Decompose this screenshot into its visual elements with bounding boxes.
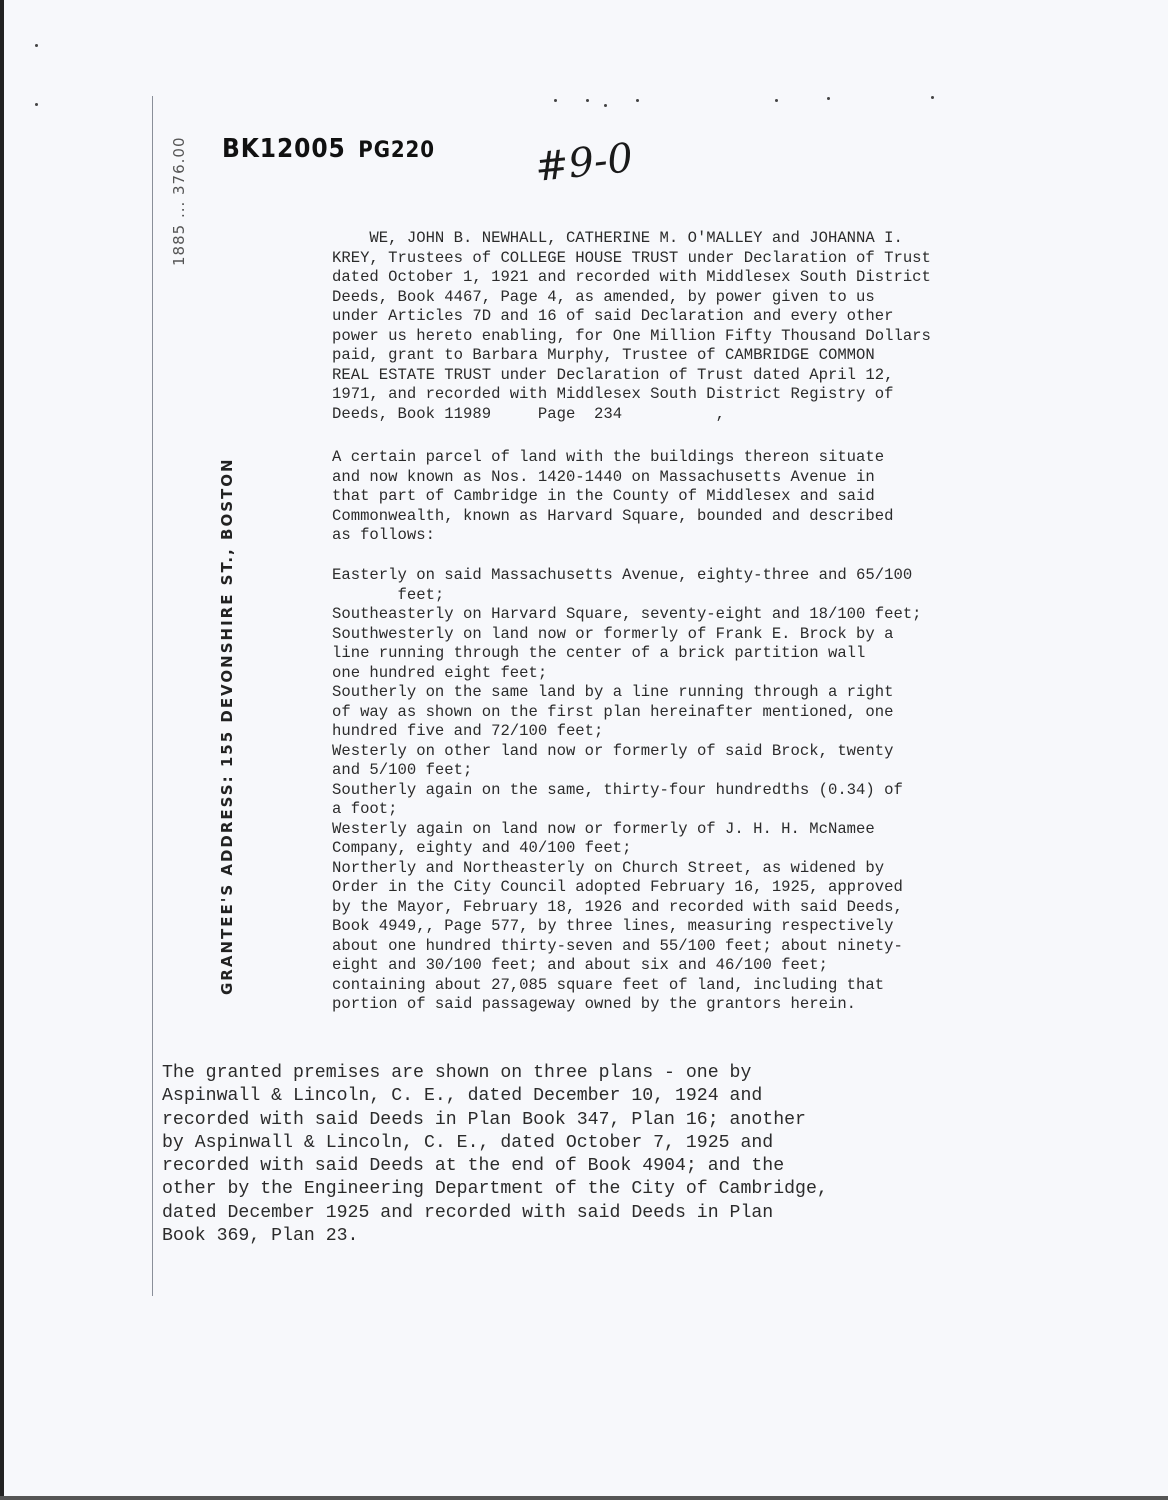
recording-fee-stamp: 1885 ... 376.00: [170, 96, 192, 266]
plans-paragraph: The granted premises are shown on three …: [162, 1062, 828, 1248]
text-line: KREY, Trustees of COLLEGE HOUSE TRUST un…: [332, 249, 931, 269]
scan-speck: [775, 99, 778, 102]
handwritten-note: #9-0: [533, 135, 635, 191]
text-line: portion of said passageway owned by the …: [332, 995, 922, 1015]
text-line: other by the Engineering Department of t…: [162, 1178, 828, 1201]
text-line: Book 4949,, Page 577, by three lines, me…: [332, 917, 922, 937]
text-line: Southeasterly on Harvard Square, seventy…: [332, 605, 922, 625]
scan-speck: [604, 104, 607, 107]
text-line: dated December 1925 and recorded with sa…: [162, 1202, 828, 1225]
text-line: of way as shown on the first plan herein…: [332, 703, 922, 723]
text-line: Southwesterly on land now or formerly of…: [332, 625, 922, 645]
text-line: 1971, and recorded with Middlesex South …: [332, 385, 931, 405]
text-line: The granted premises are shown on three …: [162, 1062, 828, 1085]
text-line: under Articles 7D and 16 of said Declara…: [332, 307, 931, 327]
text-line: Southerly again on the same, thirty-four…: [332, 781, 922, 801]
text-line: WE, JOHN B. NEWHALL, CATHERINE M. O'MALL…: [332, 229, 931, 249]
text-line: dated October 1, 1921 and recorded with …: [332, 268, 931, 288]
scan-speck: [931, 96, 934, 99]
scan-bottom-edge: [0, 1496, 1168, 1500]
text-line: Company, eighty and 40/100 feet;: [332, 839, 922, 859]
text-line: Deeds, Book 11989 Page 234 ,: [332, 405, 931, 425]
text-line: power us hereto enabling, for One Millio…: [332, 327, 931, 347]
book-page-reference: BK12005PG220: [222, 134, 435, 164]
scan-left-edge: [0, 0, 4, 1500]
text-line: containing about 27,085 square feet of l…: [332, 976, 922, 996]
grantee-address-stamp: GRANTEE'S ADDRESS: 155 DEVONSHIRE ST., B…: [218, 457, 236, 995]
text-line: hundred five and 72/100 feet;: [332, 722, 922, 742]
text-line: Order in the City Council adopted Februa…: [332, 878, 922, 898]
text-line: a foot;: [332, 800, 922, 820]
text-line: by the Mayor, February 18, 1926 and reco…: [332, 898, 922, 918]
text-line: Book 369, Plan 23.: [162, 1225, 828, 1248]
text-line: about one hundred thirty-seven and 55/10…: [332, 937, 922, 957]
text-line: one hundred eight feet;: [332, 664, 922, 684]
text-line: feet;: [332, 586, 922, 606]
text-line: and now known as Nos. 1420-1440 on Massa…: [332, 468, 893, 488]
text-line: paid, grant to Barbara Murphy, Trustee o…: [332, 346, 931, 366]
scan-speck: [35, 44, 38, 47]
text-line: recorded with said Deeds in Plan Book 34…: [162, 1109, 828, 1132]
text-line: eight and 30/100 feet; and about six and…: [332, 956, 922, 976]
page-label: PG: [358, 138, 391, 163]
book-label: BK: [222, 134, 260, 164]
text-line: recorded with said Deeds at the end of B…: [162, 1155, 828, 1178]
text-line: REAL ESTATE TRUST under Declaration of T…: [332, 366, 931, 386]
text-line: Southerly on the same land by a line run…: [332, 683, 922, 703]
scan-speck: [35, 103, 38, 106]
text-line: Commonwealth, known as Harvard Square, b…: [332, 507, 893, 527]
text-line: Aspinwall & Lincoln, C. E., dated Decemb…: [162, 1085, 828, 1108]
scan-speck: [636, 99, 639, 102]
grant-clause-paragraph: WE, JOHN B. NEWHALL, CATHERINE M. O'MALL…: [332, 229, 931, 424]
text-line: that part of Cambridge in the County of …: [332, 487, 893, 507]
margin-rule: [152, 96, 153, 1296]
book-number: 12005: [260, 134, 346, 164]
text-line: as follows:: [332, 526, 893, 546]
text-line: A certain parcel of land with the buildi…: [332, 448, 893, 468]
parcel-description-paragraph: A certain parcel of land with the buildi…: [332, 448, 893, 546]
text-line: Westerly on other land now or formerly o…: [332, 742, 922, 762]
text-line: line running through the center of a bri…: [332, 644, 922, 664]
scan-speck: [827, 97, 830, 100]
boundaries-paragraph: Easterly on said Massachusetts Avenue, e…: [332, 566, 922, 1015]
text-line: Northerly and Northeasterly on Church St…: [332, 859, 922, 879]
scan-speck: [554, 99, 557, 102]
text-line: by Aspinwall & Lincoln, C. E., dated Oct…: [162, 1132, 828, 1155]
scan-speck: [586, 99, 589, 102]
text-line: Westerly again on land now or formerly o…: [332, 820, 922, 840]
page-number: 220: [391, 138, 435, 163]
text-line: Easterly on said Massachusetts Avenue, e…: [332, 566, 922, 586]
text-line: and 5/100 feet;: [332, 761, 922, 781]
text-line: Deeds, Book 4467, Page 4, as amended, by…: [332, 288, 931, 308]
